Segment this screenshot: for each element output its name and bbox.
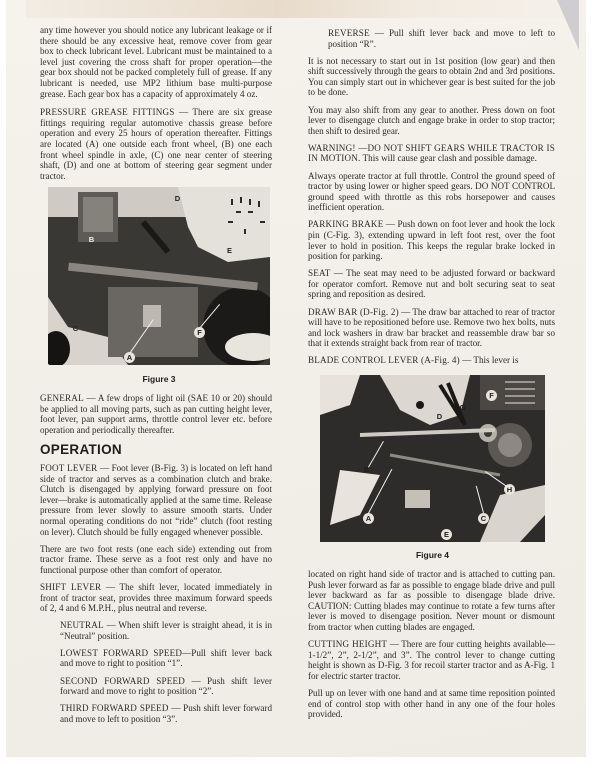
warning-paragraph: WARNING! —DO NOT SHIFT GEARS WHILE TRACT… — [308, 143, 555, 164]
blade-drive-illustration — [320, 375, 545, 542]
blade-control-paragraph: BLADE CONTROL LEVER (A-Fig. 4) — This le… — [308, 355, 555, 366]
third-speed-paragraph: THIRD FORWARD SPEED — Push shift lever f… — [40, 703, 272, 724]
reverse-paragraph: REVERSE — Pull shift lever back and move… — [308, 28, 555, 49]
foot-lever-paragraph: FOOT LEVER — Foot lever (B-Fig. 3) is lo… — [40, 463, 272, 537]
general-paragraph: GENERAL — A few drops of light oil (SAE … — [40, 393, 272, 435]
figure-4-caption: Figure 4 — [320, 550, 545, 560]
tractor-underside-illustration — [48, 187, 270, 365]
pressure-grease-title: PRESSURE GREASE FITTINGS — [40, 107, 175, 117]
shift-lever-paragraph: SHIFT LEVER — The shift lever, located i… — [40, 582, 272, 614]
gear-box-lubrication-paragraph: any time however you should notice any l… — [40, 25, 272, 99]
figure-4-label-d: D — [434, 411, 445, 422]
shift-lever-title: SHIFT LEVER — [40, 582, 101, 592]
lowest-speed-title: LOWEST FORWARD SPEED — [60, 648, 182, 658]
figure-3-caption: Figure 3 — [48, 374, 270, 384]
right-column-bottom: located on right hand side of tractor an… — [308, 569, 555, 726]
left-column-top: any time however you should notice any l… — [40, 25, 272, 188]
parking-brake-paragraph: PARKING BRAKE — Push down on foot lever … — [308, 219, 555, 261]
figure-4-photo: F G D B H A C E — [320, 375, 545, 542]
second-speed-title: SECOND FORWARD SPEED — [60, 676, 185, 686]
paper-stain — [26, 0, 586, 18]
neutral-title: NEUTRAL — [60, 620, 104, 630]
folded-corner — [557, 0, 579, 50]
left-column-bottom: GENERAL — A few drops of light oil (SAE … — [40, 393, 272, 731]
blade-control-text: — This lever is — [460, 355, 518, 365]
figure-3-label-c: C — [70, 323, 81, 334]
cutting-height-paragraph: CUTTING HEIGHT — There are four cutting … — [308, 639, 555, 681]
foot-lever-title: FOOT LEVER — [40, 463, 97, 473]
figure-4-label-a: A — [363, 513, 374, 524]
figure-4-label-b: B — [361, 464, 372, 475]
seat-paragraph: SEAT — The seat may need to be adjusted … — [308, 268, 555, 300]
throttle-paragraph: Always operate tractor at full throttle.… — [308, 171, 555, 213]
seat-text: — The seat may need to be adjusted forwa… — [308, 268, 555, 299]
figure-3-label-e: E — [224, 245, 235, 256]
figure-4-label-e: E — [441, 529, 452, 540]
pressure-grease-paragraph: PRESSURE GREASE FITTINGS — There are six… — [40, 107, 272, 181]
operation-heading: OPERATION — [40, 445, 272, 456]
parking-brake-title: PARKING BRAKE — [308, 219, 383, 229]
figure-3-label-f: F — [194, 327, 205, 338]
figure-3-photo: D B E C F A — [48, 187, 270, 365]
blade-control-title: BLADE CONTROL LEVER (A-Fig. 4) — [308, 355, 460, 365]
lowest-speed-paragraph: LOWEST FORWARD SPEED—Pull shift lever ba… — [40, 648, 272, 669]
second-speed-paragraph: SECOND FORWARD SPEED — Push shift lever … — [40, 676, 272, 697]
seat-title: SEAT — [308, 268, 331, 278]
figure-3-label-b: B — [86, 234, 97, 245]
draw-bar-title: DRAW BAR (D-Fig. 2) — [308, 307, 399, 317]
figure-4-label-c: C — [478, 513, 489, 524]
third-speed-title: THIRD FORWARD SPEED — [60, 703, 169, 713]
figure-3-label-a: A — [124, 352, 135, 363]
right-column-top: REVERSE — Pull shift lever back and move… — [308, 28, 555, 373]
cutting-height-title: CUTTING HEIGHT — [308, 639, 387, 649]
blade-control-continued-paragraph: located on right hand side of tractor an… — [308, 569, 555, 633]
warning-text: This will cause gear clash and possible … — [361, 153, 537, 163]
foot-lever-text: — Foot lever (B-Fig. 3) is located on le… — [40, 463, 272, 537]
figure-3-label-d: D — [172, 193, 183, 204]
not-necessary-paragraph: It is not necessary to start out in 1st … — [308, 56, 555, 98]
general-title: GENERAL — [40, 393, 84, 403]
figure-4-label-g: G — [457, 402, 468, 413]
neutral-paragraph: NEUTRAL — When shift lever is straight a… — [40, 620, 272, 641]
reverse-title: REVERSE — [328, 28, 370, 38]
shift-any-paragraph: You may also shift from any gear to anot… — [308, 105, 555, 137]
pressure-grease-text: — There are six grease fittings requirin… — [40, 107, 272, 181]
pull-up-paragraph: Pull up on lever with one hand and at sa… — [308, 688, 555, 720]
draw-bar-paragraph: DRAW BAR (D-Fig. 2) — The draw bar attac… — [308, 307, 555, 349]
figure-4-label-f: F — [486, 390, 497, 401]
foot-rests-paragraph: There are two foot rests (one each side)… — [40, 544, 272, 576]
